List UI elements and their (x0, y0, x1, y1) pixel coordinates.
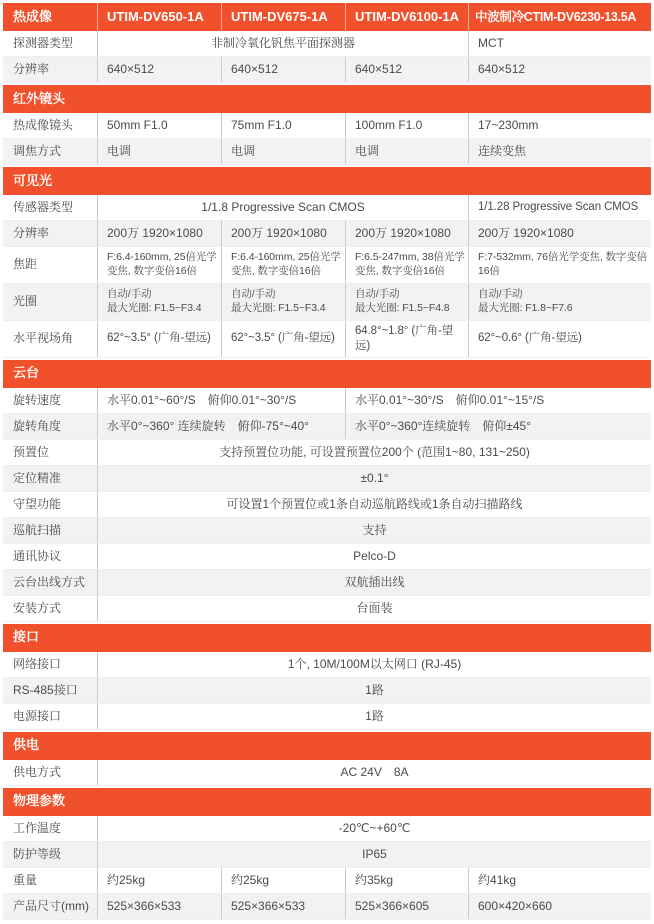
row-label: 水平视场角 (3, 321, 97, 357)
value-full: 1路 (97, 704, 651, 729)
header-model-dv6230: 中波制冷CTIM-DV6230-13.5A (468, 3, 651, 31)
value-col1: 电调 (97, 139, 221, 164)
value-col2: 525×366×533 (221, 894, 345, 919)
spec-row-thermal-resolution: 分辨率 640×512 640×512 640×512 640×512 (3, 57, 651, 83)
row-label: 重量 (3, 868, 97, 893)
value-right-group: 水平0.01°~30°/S 俯仰0.01°~15°/S (345, 388, 651, 413)
value-col4: 17~230mm (468, 113, 651, 138)
spec-row-rotation-angle: 旋转角度 水平0°~360° 连续旋转 俯仰-75°~40° 水平0°~360°… (3, 414, 651, 440)
spec-row-visible-resolution: 分辨率 200万 1920×1080 200万 1920×1080 200万 1… (3, 221, 651, 247)
value-col3: 64.8°~1.8° (广角-望远) (345, 321, 468, 357)
value-col3: 525×366×605 (345, 894, 468, 919)
row-label: 网络接口 (3, 652, 97, 677)
row-label: 焦距 (3, 247, 97, 283)
spec-row-dimensions: 产品尺寸(mm) 525×366×533 525×366×533 525×366… (3, 894, 651, 920)
value-col3: 640×512 (345, 57, 468, 82)
value-full: 1路 (97, 678, 651, 703)
value-right-group: 水平0°~360°连续旋转 俯仰±45° (345, 414, 651, 439)
header-model-dv6100: UTIM-DV6100-1A (345, 3, 468, 31)
value-col1: 62°~3.5° (广角-望远) (97, 321, 221, 357)
value-col2: 自动/手动 最大光圈: F1.5~F3.4 (221, 284, 345, 320)
value-col4: 自动/手动 最大光圈: F1.8~F7.6 (468, 284, 651, 320)
value-col4: 1/1.28 Progressive Scan CMOS (468, 195, 651, 220)
value-col4: 640×512 (468, 57, 651, 82)
row-label: 供电方式 (3, 760, 97, 785)
row-label: 分辨率 (3, 221, 97, 246)
value-col2: 约25kg (221, 868, 345, 893)
aperture-max: 最大光圈: F1.5~F4.8 (355, 302, 450, 316)
spec-row-work-temp: 工作温度 -20℃~+60℃ (3, 816, 651, 842)
value-col2: 200万 1920×1080 (221, 221, 345, 246)
section-header-ptz: 云台 (3, 360, 651, 388)
value-col2: F:6.4-160mm, 25倍光学变焦, 数字变倍16倍 (221, 247, 345, 283)
spec-row-aperture: 光圈 自动/手动 最大光圈: F1.5~F3.4 自动/手动 最大光圈: F1.… (3, 284, 651, 321)
row-label: 旋转速度 (3, 388, 97, 413)
value-col1: 640×512 (97, 57, 221, 82)
value-full: AC 24V 8A (97, 760, 651, 785)
spec-row-protection: 防护等级 IP65 (3, 842, 651, 868)
spec-row-rs485: RS-485接口 1路 (3, 678, 651, 704)
value-full: 可设置1个预置位或1条自动巡航路线或1条自动扫描路线 (97, 492, 651, 517)
aperture-max: 最大光圈: F1.5~F3.4 (107, 302, 202, 316)
value-merged: 1/1.8 Progressive Scan CMOS (97, 195, 468, 220)
row-label: 探测器类型 (3, 31, 97, 56)
spec-row-cruise-scan: 巡航扫描 支持 (3, 518, 651, 544)
row-label: 防护等级 (3, 842, 97, 867)
value-col4: MCT (468, 31, 651, 56)
value-full: ±0.1° (97, 466, 651, 491)
row-label: 巡航扫描 (3, 518, 97, 543)
header-model-dv650: UTIM-DV650-1A (97, 3, 221, 31)
value-full: IP65 (97, 842, 651, 867)
spec-row-accuracy: 定位精准 ±0.1° (3, 466, 651, 492)
row-label: 工作温度 (3, 816, 97, 841)
value-col2: 640×512 (221, 57, 345, 82)
value-col2: 75mm F1.0 (221, 113, 345, 138)
value-left-group: 水平0.01°~60°/S 俯仰0.01°~30°/S (97, 388, 345, 413)
header-model-dv675: UTIM-DV675-1A (221, 3, 345, 31)
value-col4: F:7-532mm, 76倍光学变焦, 数字变倍16倍 (468, 247, 651, 283)
section-title: 物理参数 (3, 788, 651, 816)
row-label: 守望功能 (3, 492, 97, 517)
aperture-mode: 自动/手动 (231, 288, 275, 302)
value-col1: 200万 1920×1080 (97, 221, 221, 246)
value-col4: 600×420×660 (468, 894, 651, 919)
value-col3: 电调 (345, 139, 468, 164)
row-label: 电源接口 (3, 704, 97, 729)
value-col2: 电调 (221, 139, 345, 164)
value-col4: 62°~0.6° (广角-望远) (468, 321, 651, 357)
value-col4: 200万 1920×1080 (468, 221, 651, 246)
row-label: 预置位 (3, 440, 97, 465)
row-label: 产品尺寸(mm) (3, 894, 97, 919)
section-title: 接口 (3, 624, 651, 652)
row-label: 调焦方式 (3, 139, 97, 164)
row-label: 分辨率 (3, 57, 97, 82)
spec-row-watch-function: 守望功能 可设置1个预置位或1条自动巡航路线或1条自动扫描路线 (3, 492, 651, 518)
row-label: 定位精准 (3, 466, 97, 491)
header-category-label: 热成像 (3, 3, 97, 31)
section-header-interface: 接口 (3, 624, 651, 652)
aperture-mode: 自动/手动 (107, 288, 151, 302)
spec-row-sensor-type: 传感器类型 1/1.8 Progressive Scan CMOS 1/1.28… (3, 195, 651, 221)
value-full: 台面装 (97, 596, 651, 621)
spec-row-mount: 安装方式 台面装 (3, 596, 651, 622)
value-col3: 100mm F1.0 (345, 113, 468, 138)
value-col1: 约25kg (97, 868, 221, 893)
value-full: Pelco-D (97, 544, 651, 569)
value-col1: 50mm F1.0 (97, 113, 221, 138)
value-full: 支持 (97, 518, 651, 543)
section-title: 供电 (3, 732, 651, 760)
spec-row-weight: 重量 约25kg 约25kg 约35kg 约41kg (3, 868, 651, 894)
value-col3: 200万 1920×1080 (345, 221, 468, 246)
aperture-mode: 自动/手动 (355, 288, 399, 302)
value-full: 1个, 10M/100M以太网口 (RJ-45) (97, 652, 651, 677)
aperture-mode: 自动/手动 (478, 288, 522, 302)
value-col1: F:6.4-160mm, 25倍光学变焦, 数字变倍16倍 (97, 247, 221, 283)
spec-row-power-supply: 供电方式 AC 24V 8A (3, 760, 651, 786)
table-header-row: 热成像 UTIM-DV650-1A UTIM-DV675-1A UTIM-DV6… (3, 3, 651, 31)
value-full: 双航插出线 (97, 570, 651, 595)
spec-row-thermal-lens: 热成像镜头 50mm F1.0 75mm F1.0 100mm F1.0 17~… (3, 113, 651, 139)
aperture-max: 最大光圈: F1.8~F7.6 (478, 302, 573, 316)
section-header-visible-light: 可见光 (3, 167, 651, 195)
spec-row-network: 网络接口 1个, 10M/100M以太网口 (RJ-45) (3, 652, 651, 678)
row-label: 传感器类型 (3, 195, 97, 220)
row-label: 旋转角度 (3, 414, 97, 439)
row-label: 光圈 (3, 284, 97, 320)
section-title: 红外镜头 (3, 85, 651, 113)
value-merged: 非制冷氧化钒焦平面探测器 (97, 31, 468, 56)
spec-row-rotation-speed: 旋转速度 水平0.01°~60°/S 俯仰0.01°~30°/S 水平0.01°… (3, 388, 651, 414)
value-full: 支持预置位功能, 可设置预置位200个 (范围1~80, 131~250) (97, 440, 651, 465)
row-label: 通讯协议 (3, 544, 97, 569)
section-title: 云台 (3, 360, 651, 388)
value-col3: F:6.5-247mm, 38倍光学变焦, 数字变倍16倍 (345, 247, 468, 283)
spec-row-hfov: 水平视场角 62°~3.5° (广角-望远) 62°~3.5° (广角-望远) … (3, 321, 651, 358)
value-col4: 约41kg (468, 868, 651, 893)
aperture-max: 最大光圈: F1.5~F3.4 (231, 302, 326, 316)
spec-row-cable-out: 云台出线方式 双航插出线 (3, 570, 651, 596)
section-header-physical: 物理参数 (3, 788, 651, 816)
row-label: 热成像镜头 (3, 113, 97, 138)
spec-row-focal-length: 焦距 F:6.4-160mm, 25倍光学变焦, 数字变倍16倍 F:6.4-1… (3, 247, 651, 284)
value-col2: 62°~3.5° (广角-望远) (221, 321, 345, 357)
section-title: 可见光 (3, 167, 651, 195)
row-label: 安装方式 (3, 596, 97, 621)
spec-row-detector-type: 探测器类型 非制冷氧化钒焦平面探测器 MCT (3, 31, 651, 57)
row-label: 云台出线方式 (3, 570, 97, 595)
spec-row-preset: 预置位 支持预置位功能, 可设置预置位200个 (范围1~80, 131~250… (3, 440, 651, 466)
spec-row-power-port: 电源接口 1路 (3, 704, 651, 730)
value-col3: 约35kg (345, 868, 468, 893)
section-header-power: 供电 (3, 732, 651, 760)
value-full: -20℃~+60℃ (97, 816, 651, 841)
spec-row-protocol: 通讯协议 Pelco-D (3, 544, 651, 570)
spec-row-focus-mode: 调焦方式 电调 电调 电调 连续变焦 (3, 139, 651, 165)
row-label: RS-485接口 (3, 678, 97, 703)
section-header-ir-lens: 红外镜头 (3, 85, 651, 113)
value-col1: 自动/手动 最大光圈: F1.5~F3.4 (97, 284, 221, 320)
value-col4: 连续变焦 (468, 139, 651, 164)
value-col1: 525×366×533 (97, 894, 221, 919)
value-left-group: 水平0°~360° 连续旋转 俯仰-75°~40° (97, 414, 345, 439)
spec-sheet: 热成像 UTIM-DV650-1A UTIM-DV675-1A UTIM-DV6… (0, 0, 654, 924)
value-col3: 自动/手动 最大光圈: F1.5~F4.8 (345, 284, 468, 320)
